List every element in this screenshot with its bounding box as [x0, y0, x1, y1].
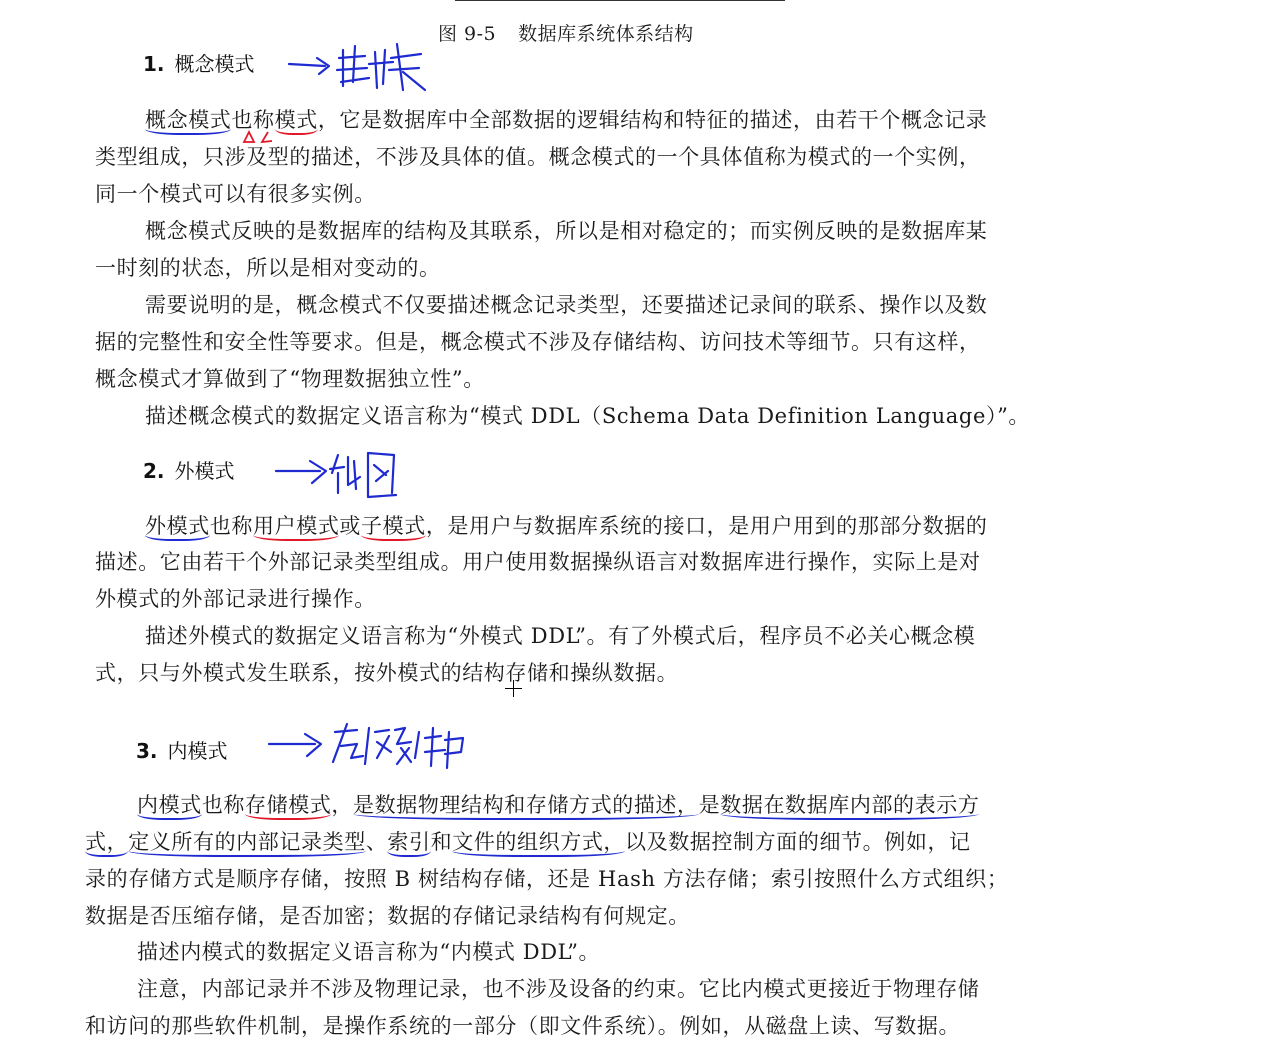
text-line: 外模式的外部记录进行操作。 — [95, 586, 376, 612]
text-line: 和访问的那些软件机制，是操作系统的一部分（即文件系统）。例如，从磁盘上读、写数据… — [85, 1013, 960, 1039]
text-line: 描述。它由若干个外部记录类型组成。用户使用数据操纵语言对数据库进行操作，实际上是… — [95, 549, 981, 575]
handwritten-note-view — [272, 445, 407, 503]
figure-number: 图 9-5 — [438, 23, 496, 45]
text-line: 需要说明的是，概念模式不仅要描述概念记录类型，还要描述记录间的联系、操作以及数 — [145, 292, 987, 318]
section-heading-2: 2.外模式 — [143, 455, 235, 484]
text-line: 一时刻的状态，所以是相对变动的。 — [95, 255, 441, 281]
text-line: 概念模式反映的是数据库的结构及其联系，所以是相对稳定的；而实例反映的是数据库某 — [145, 218, 987, 244]
handwritten-note-storage-file — [265, 718, 475, 778]
crosshair-cursor-icon — [505, 680, 522, 697]
text-line: 同一个模式可以有很多实例。 — [95, 181, 376, 207]
text-line: 描述外模式的数据定义语言称为“外模式 DDL”。有了外模式后，程序员不必关心概念… — [145, 623, 975, 649]
text-line: 式，定义所有的内部记录类型、索引和文件的组织方式，以及数据控制方面的细节。例如，… — [85, 829, 971, 855]
text-line: 内模式也称存储模式，是数据物理结构和存储方式的描述，是数据在数据库内部的表示方 — [137, 792, 979, 818]
handwritten-note-basic-table — [285, 38, 435, 98]
top-rule — [455, 0, 785, 1]
text-line: 描述内模式的数据定义语言称为“内模式 DDL”。 — [137, 939, 600, 965]
section-heading-3: 3.内模式 — [136, 735, 228, 764]
text-line: 概念模式才算做到了“物理数据独立性”。 — [95, 366, 485, 392]
text-line: 描述概念模式的数据定义语言称为“模式 DDL（Schema Data Defin… — [145, 403, 1030, 429]
handwritten-delta-marks — [240, 128, 280, 144]
figure-title: 数据库系统体系结构 — [518, 23, 694, 45]
figure-caption: 图 9-5数据库系统体系结构 — [438, 19, 694, 46]
text-line: 类型组成，只涉及型的描述，不涉及具体的值。概念模式的一个具体值称为模式的一个实例… — [95, 144, 981, 170]
text-line: 录的存储方式是顺序存储，按照 B 树结构存储，还是 Hash 方法存储；索引按照… — [85, 866, 1008, 892]
text-line: 注意，内部记录并不涉及物理记录，也不涉及设备的约束。它比内模式更接近于物理存储 — [137, 976, 979, 1002]
text-line: 数据是否压缩存储，是否加密；数据的存储记录结构有何规定。 — [85, 903, 690, 929]
text-line: 式，只与外模式发生联系，按外模式的结构存储和操纵数据。 — [95, 660, 678, 686]
section-heading-1: 1.概念模式 — [143, 48, 255, 77]
text-line: 据的完整性和安全性等要求。但是，概念模式不涉及存储结构、访问技术等细节。只有这样… — [95, 329, 981, 355]
text-line: 外模式也称用户模式或子模式，是用户与数据库系统的接口，是用户用到的那部分数据的 — [145, 513, 987, 539]
